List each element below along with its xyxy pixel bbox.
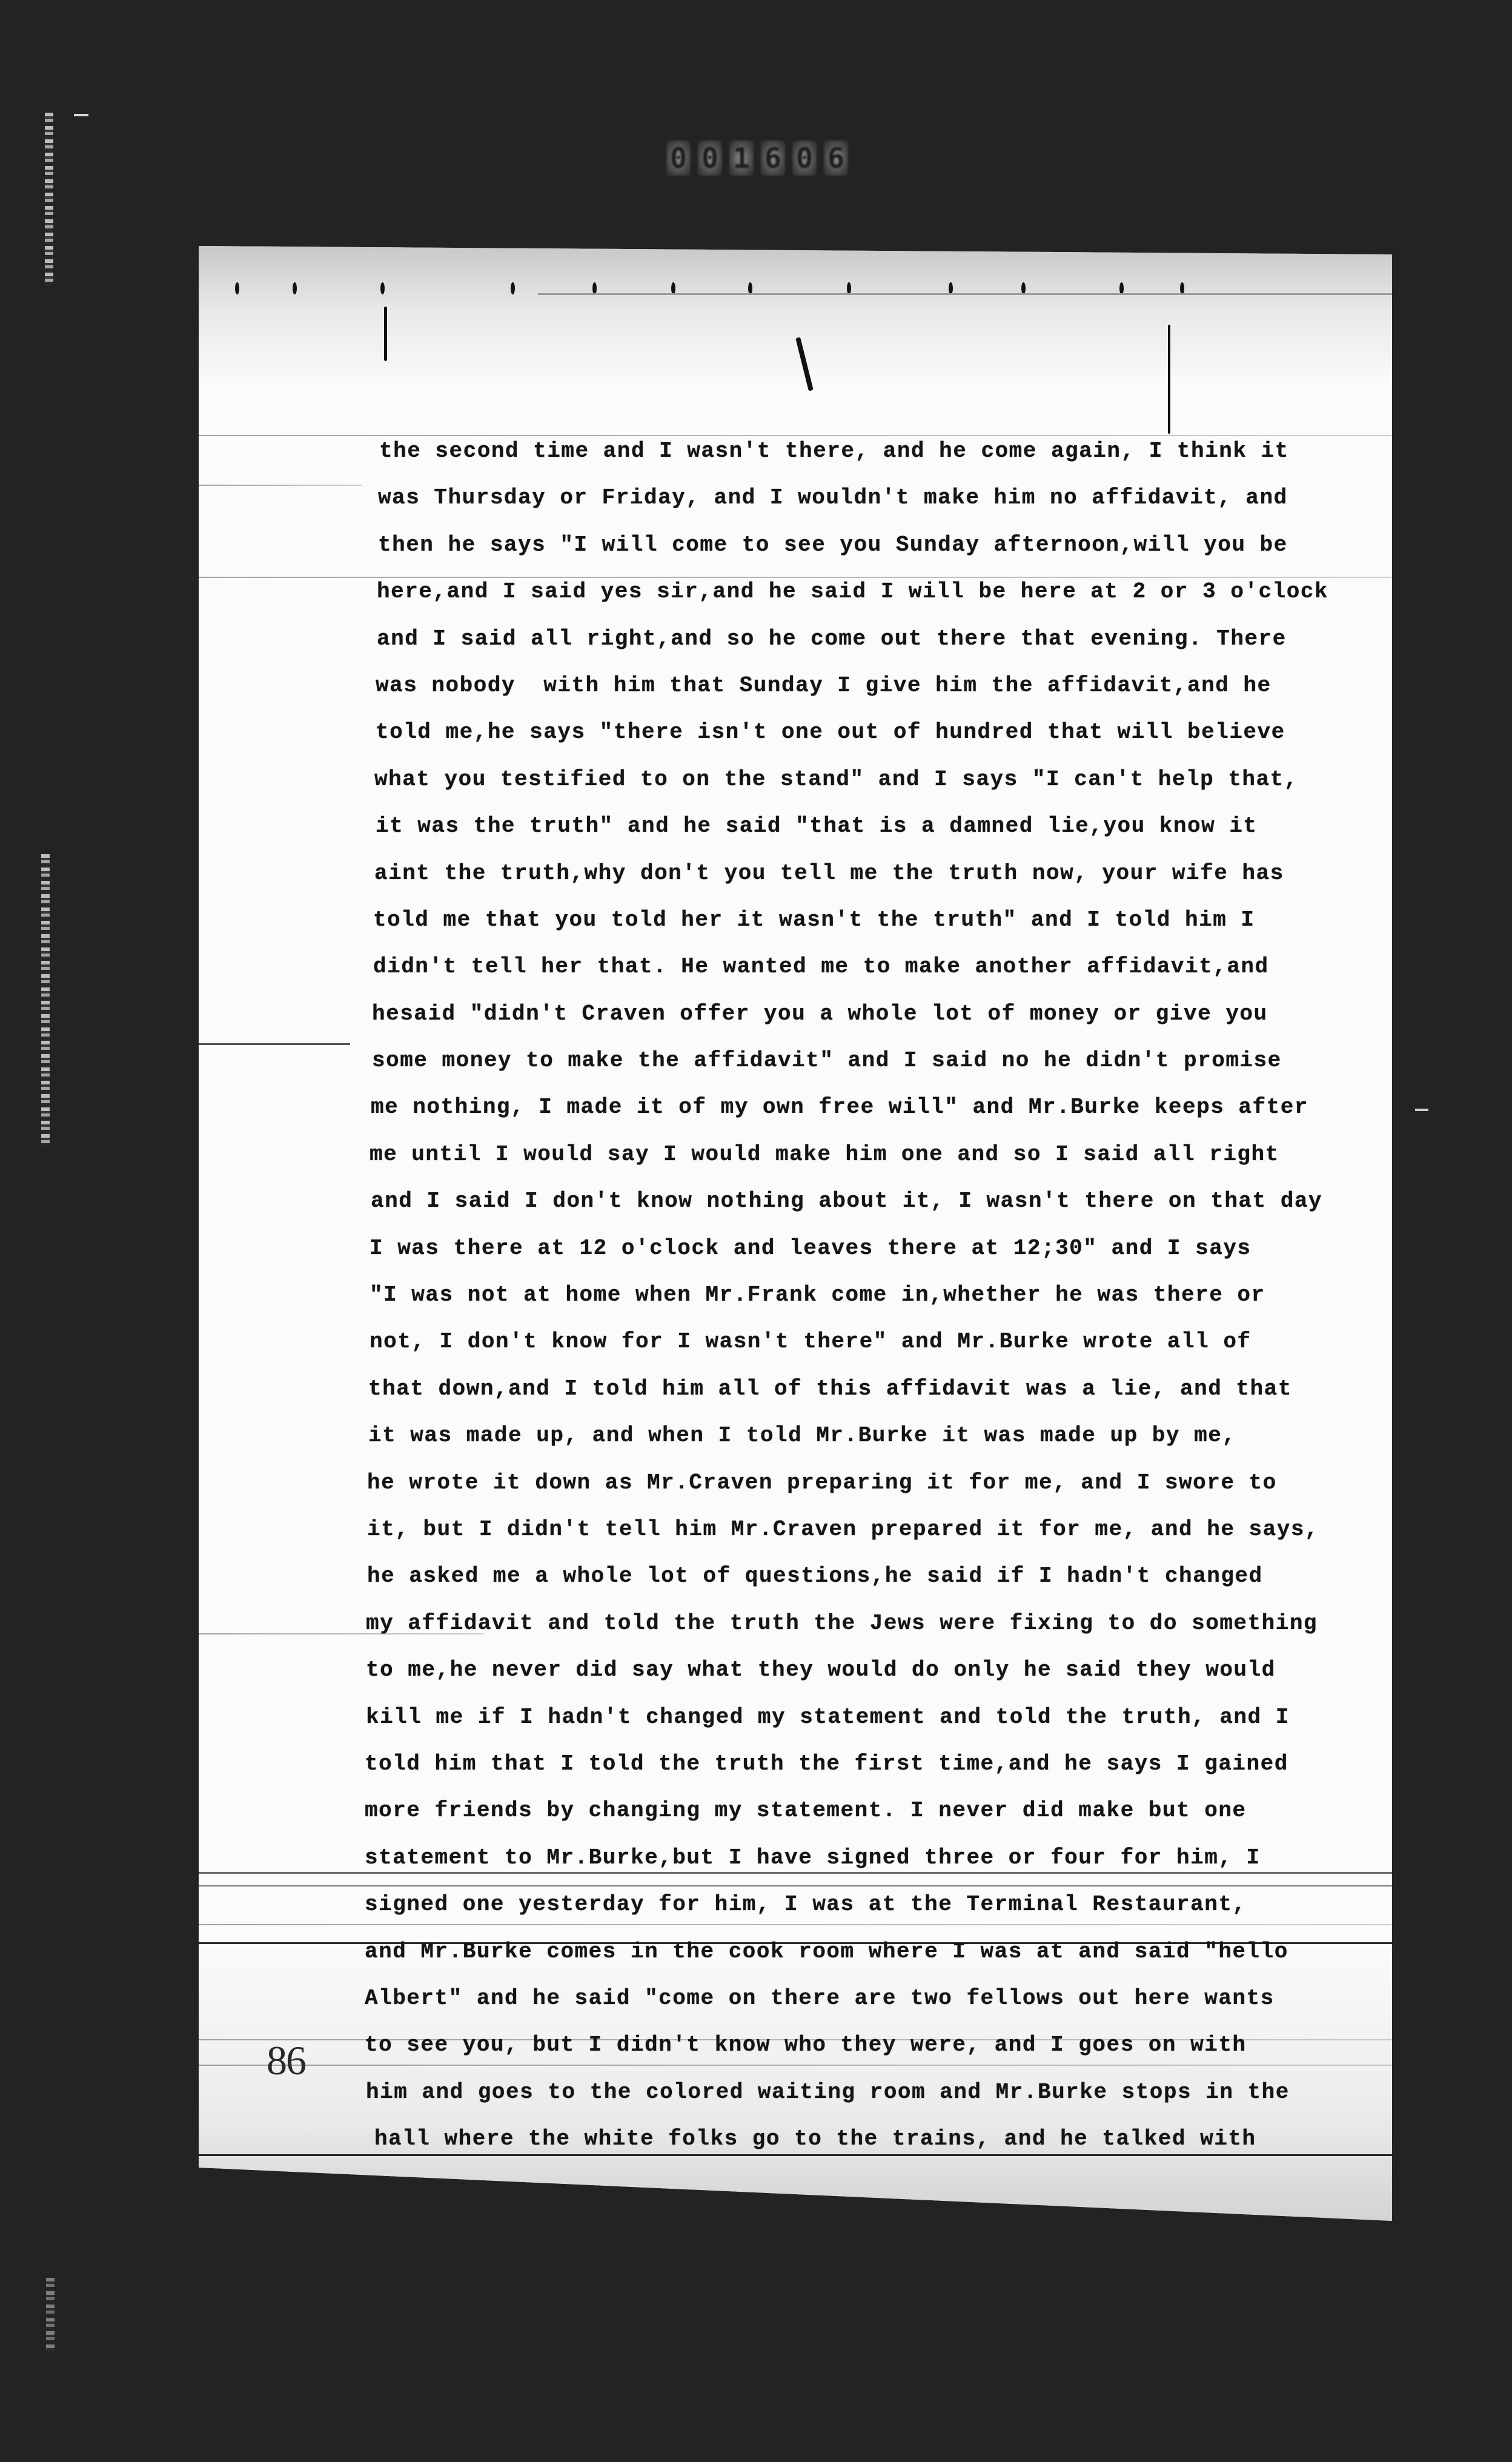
transcript-line: he asked me a whole lot of questions,he … [367, 1553, 1368, 1599]
typed-transcript-body: the second time and I wasn't there, and … [374, 428, 1368, 2162]
transcript-line: was Thursday or Friday, and I wouldn't m… [378, 474, 1368, 521]
top-margin-rule [538, 293, 1392, 295]
transcript-line: and I said all right,and so he come out … [377, 615, 1368, 662]
ruled-line [199, 485, 362, 486]
transcript-line: Albert" and he said "come on there are t… [365, 1975, 1368, 2022]
ruled-line [199, 1043, 350, 1045]
transcript-line: me nothing, I made it of my own free wil… [371, 1084, 1368, 1130]
ink-blot [795, 337, 814, 391]
transcript-line: told me,he says "there isn't one out of … [376, 709, 1368, 755]
transcript-line: hall where the white folks go to the tra… [374, 2115, 1368, 2162]
transcript-line: then he says "I will come to see you Sun… [378, 522, 1368, 568]
transcript-line: him and goes to the colored waiting room… [366, 2069, 1368, 2115]
film-edge-marks-middle [41, 854, 50, 1145]
stamp-digit: 1 [729, 141, 754, 176]
transcript-line: more friends by changing my statement. I… [365, 1787, 1368, 1834]
transcript-line: and Mr.Burke comes in the cook room wher… [365, 1928, 1368, 1975]
transcript-line: aint the truth,why don't you tell me the… [374, 850, 1368, 897]
transcript-line: I was there at 12 o'clock and leaves the… [370, 1225, 1368, 1272]
transcript-line: signed one yesterday for him, I was at t… [365, 1881, 1368, 1928]
transcript-line: it, but I didn't tell him Mr.Craven prep… [367, 1506, 1368, 1553]
transcript-line: didn't tell her that. He wanted me to ma… [373, 943, 1368, 990]
transcript-line: that down,and I told him all of this aff… [368, 1365, 1368, 1412]
frame-stamp-number: 001606 [666, 141, 848, 176]
film-edge-marks-top [45, 113, 53, 286]
transcript-line: to me,he never did say what they would d… [366, 1647, 1368, 1693]
stamp-digit: 0 [698, 141, 722, 176]
transcript-line: to see you, but I didn't know who they w… [365, 2022, 1368, 2068]
film-edge-marks-bottom [46, 2278, 55, 2351]
film-edge-dash [74, 114, 88, 116]
transcript-line: here,and I said yes sir,and he said I wi… [377, 568, 1368, 615]
transcript-line: he wrote it down as Mr.Craven preparing … [367, 1459, 1368, 1506]
transcript-line: not, I don't know for I wasn't there" an… [370, 1318, 1368, 1365]
page-number: 86 [267, 2037, 305, 2085]
margin-mark [384, 307, 387, 361]
stamp-digit: 0 [792, 141, 817, 176]
stamp-digit: 6 [761, 141, 785, 176]
transcript-line: told him that I told the truth the first… [365, 1740, 1368, 1787]
perforation-marks [235, 282, 1368, 294]
document-page: 86 the second time and I wasn't there, a… [199, 246, 1392, 2221]
transcript-line: told me that you told her it wasn't the … [373, 897, 1368, 943]
transcript-line: statement to Mr.Burke,but I have signed … [365, 1834, 1368, 1881]
transcript-line: what you testified to on the stand" and … [374, 756, 1368, 803]
transcript-line: it was the truth" and he said "that is a… [376, 803, 1368, 849]
transcript-line: it was made up, and when I told Mr.Burke… [368, 1412, 1368, 1459]
transcript-line: and I said I don't know nothing about it… [371, 1178, 1368, 1224]
margin-mark [1168, 325, 1170, 434]
transcript-line: hesaid "didn't Craven offer you a whole … [372, 990, 1368, 1037]
transcript-line: me until I would say I would make him on… [370, 1131, 1368, 1178]
stamp-digit: 0 [666, 141, 691, 176]
stamp-digit: 6 [824, 141, 848, 176]
transcript-line: kill me if I hadn't changed my statement… [366, 1694, 1368, 1740]
transcript-line: the second time and I wasn't there, and … [379, 428, 1368, 474]
transcript-line: my affidavit and told the truth the Jews… [366, 1600, 1368, 1647]
transcript-line: was nobody with him that Sunday I give h… [376, 662, 1368, 709]
transcript-line: some money to make the affidavit" and I … [372, 1037, 1368, 1084]
transcript-line: "I was not at home when Mr.Frank come in… [370, 1272, 1368, 1318]
film-edge-dash [1415, 1109, 1428, 1111]
